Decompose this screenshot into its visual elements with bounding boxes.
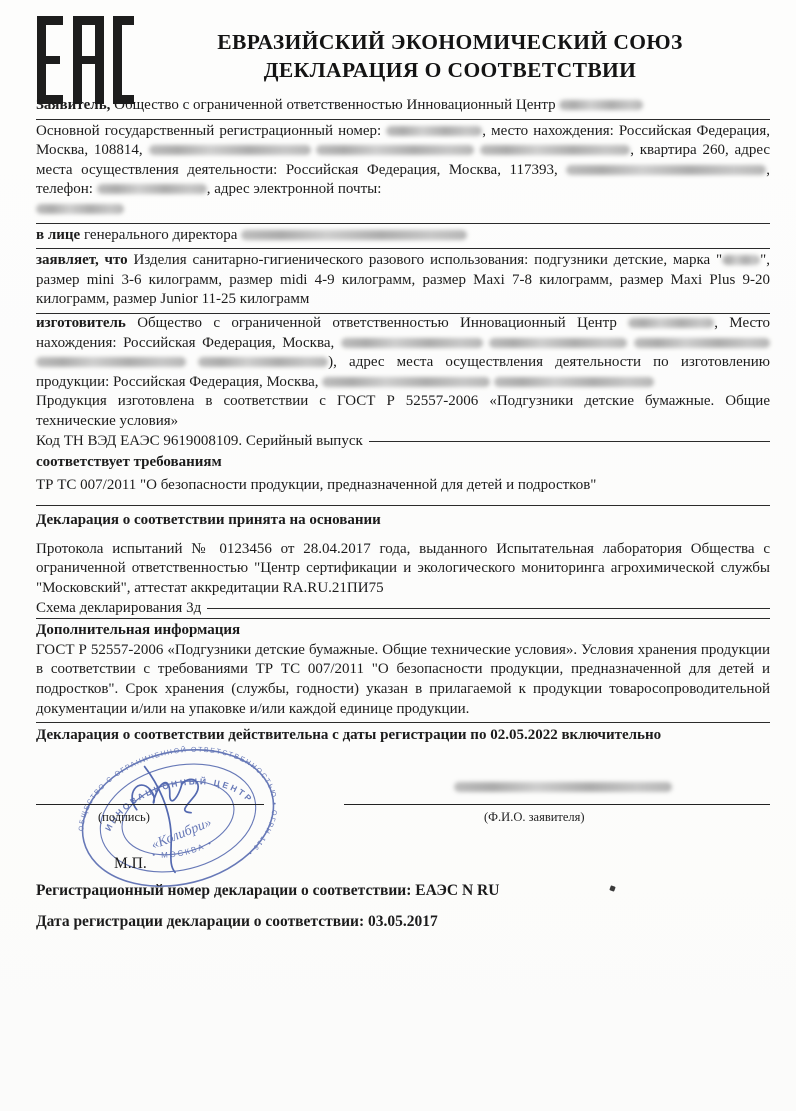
tnved-row: Код ТН ВЭД ЕАЭС 9619008109. Серийный вып… — [36, 432, 770, 452]
registration-text-1: Основной государственный регистрационный… — [36, 123, 386, 139]
signature-caption: (подпись) — [98, 808, 150, 828]
redacted-manufacturer-addr-6 — [322, 377, 490, 387]
applicant-label: Заявитель, — [36, 97, 110, 113]
section-applicant: Заявитель, Общество с ограниченной ответ… — [36, 94, 770, 120]
redacted-ogrn — [386, 126, 482, 136]
signature-line — [36, 804, 264, 805]
manufacturer-text-1: Общество с ограниченной ответственностью… — [126, 315, 628, 331]
section-basis: Декларация о соответствии принята на осн… — [36, 506, 770, 618]
section-compliance: соответствует требованиям ТР ТС 007/2011… — [36, 451, 770, 506]
redacted-phone — [97, 184, 207, 194]
redacted-manufacturer-addr-4 — [36, 357, 186, 367]
redacted-manufacturer-addr-1 — [341, 338, 483, 348]
redacted-manufacturer-addr-5 — [198, 357, 328, 367]
redacted-director-name — [241, 230, 467, 240]
fio-line — [344, 804, 770, 805]
redacted-company-name — [559, 100, 643, 110]
manufacturer-label: изготовитель — [36, 315, 126, 331]
registration-date-line: Дата регистрации декларации о соответств… — [36, 913, 499, 931]
declares-label: заявляет, что — [36, 252, 128, 268]
basis-text: Протокола испытаний № 0123456 от 28.04.2… — [36, 540, 770, 599]
tnved-text: Код ТН ВЭД ЕАЭС 9619008109. Серийный вып… — [36, 432, 363, 452]
redacted-address-1 — [149, 145, 311, 155]
tnved-rule — [369, 441, 770, 442]
scheme-rule — [207, 608, 770, 609]
redacted-applicant-fio — [454, 782, 672, 792]
scheme-text: Схема декларирования 3д — [36, 599, 201, 619]
redacted-manufacturer-name — [628, 318, 714, 328]
redacted-email — [36, 204, 124, 214]
section-manufacturer: изготовитель Общество с ограниченной отв… — [36, 314, 770, 392]
stamp-place-label: М.П. — [114, 854, 147, 874]
redacted-manufacturer-addr-2 — [489, 338, 627, 348]
additional-text: ГОСТ Р 52557-2006 «Подгузники детские бу… — [36, 641, 770, 719]
compliance-text: ТР ТС 007/2011 "О безопасности продукции… — [36, 476, 770, 496]
declares-text-1: Изделия санитарно-гигиенического разовог… — [128, 252, 722, 268]
declaration-document: ЕВРАЗИЙСКИЙ ЭКОНОМИЧЕСКИЙ СОЮЗ ДЕКЛАРАЦИ… — [0, 0, 796, 1111]
redacted-manufacturer-addr-7 — [494, 377, 654, 387]
compliance-heading: соответствует требованиям — [36, 453, 770, 473]
fio-caption: (Ф.И.О. заявителя) — [484, 808, 585, 828]
director-label: в лице — [36, 227, 80, 243]
registration-footer: Регистрационный номер декларации о соотв… — [36, 882, 499, 931]
applicant-text: Общество с ограниченной ответственностью… — [110, 97, 559, 113]
director-text: генерального директора — [80, 227, 241, 243]
document-body: Заявитель, Общество с ограниченной ответ… — [36, 94, 770, 910]
document-title: ЕВРАЗИЙСКИЙ ЭКОНОМИЧЕСКИЙ СОЮЗ ДЕКЛАРАЦИ… — [150, 28, 750, 85]
redacted-address-4 — [566, 165, 766, 175]
redacted-brand — [722, 255, 760, 265]
manufacturer-gost: Продукция изготовлена в соответствии с Г… — [36, 392, 770, 431]
additional-heading: Дополнительная информация — [36, 621, 770, 641]
redacted-address-2 — [316, 145, 474, 155]
redacted-address-3 — [480, 145, 630, 155]
section-declares: заявляет, что Изделия санитарно-гигиенич… — [36, 249, 770, 314]
section-registration: Основной государственный регистрационный… — [36, 120, 770, 224]
section-director: в лице генерального директора — [36, 224, 770, 250]
basis-heading: Декларация о соответствии принята на осн… — [36, 511, 770, 531]
title-line-1: ЕВРАЗИЙСКИЙ ЭКОНОМИЧЕСКИЙ СОЮЗ — [150, 28, 750, 56]
redacted-manufacturer-addr-3 — [634, 338, 770, 348]
registration-number-line: Регистрационный номер декларации о соотв… — [36, 882, 499, 900]
title-line-2: ДЕКЛАРАЦИЯ О СООТВЕТСТВИИ — [150, 56, 750, 84]
eac-mark-icon — [37, 16, 134, 104]
scheme-row: Схема декларирования 3д — [36, 599, 770, 619]
registration-text-5: , адрес электронной почты: — [207, 181, 382, 197]
section-additional: Дополнительная информация ГОСТ Р 52557-2… — [36, 619, 770, 723]
